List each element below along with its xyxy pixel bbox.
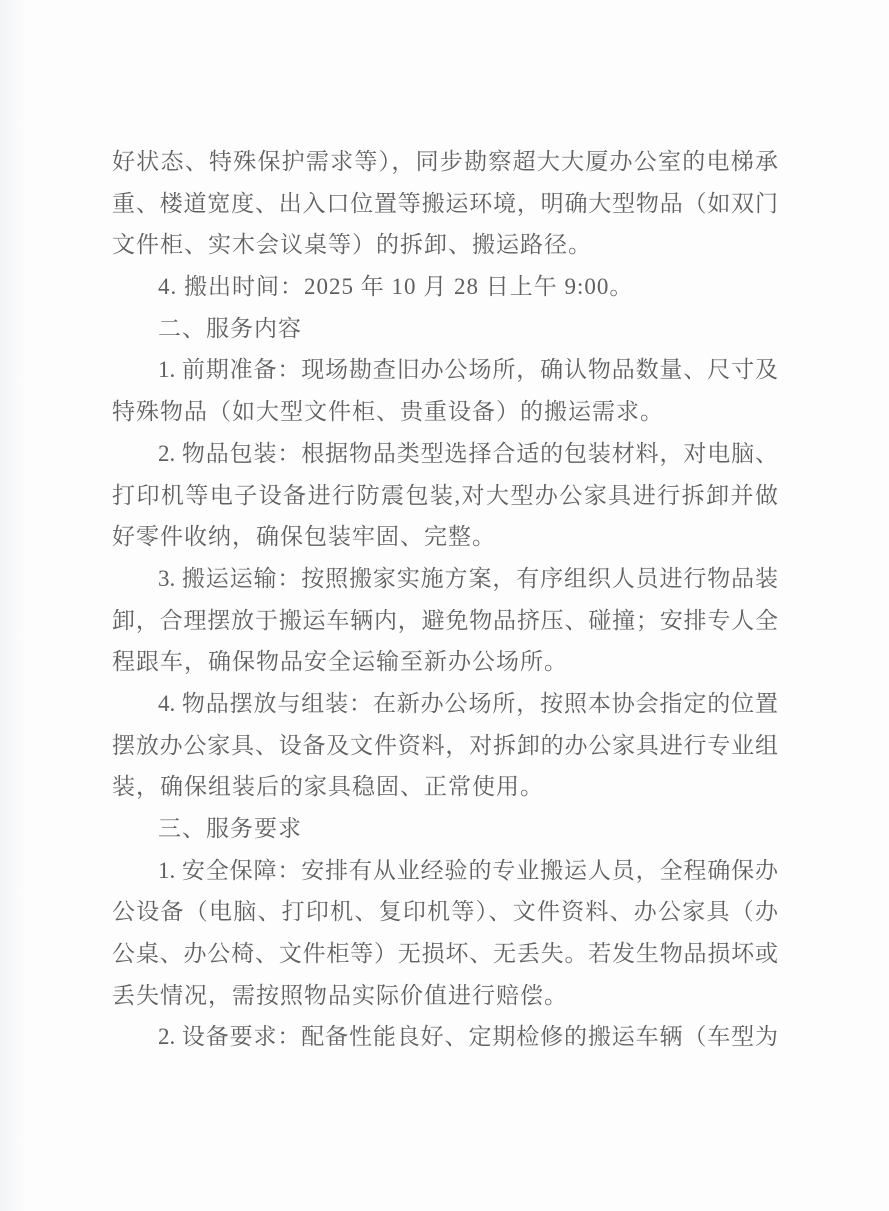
- text-line: 1. 前期准备：现场勘查旧办公场所，确认物品数量、尺寸及: [112, 349, 778, 391]
- document-body-text: 好状态、特殊保护需求等），同步勘察超大大厦办公室的电梯承重、楼道宽度、出入口位置…: [112, 141, 778, 1058]
- text-line: 公桌、办公椅、文件柜等）无损坏、无丢失。若发生物品损坏或: [112, 933, 778, 975]
- scan-edge-shadow: [0, 0, 26, 1211]
- text-line: 卸，合理摆放于搬运车辆内，避免物品挤压、碰撞；安排专人全: [112, 600, 778, 642]
- text-line: 装，确保组装后的家具稳固、正常使用。: [112, 766, 778, 808]
- text-line: 好零件收纳，确保包装牢固、完整。: [112, 516, 778, 558]
- document-page: 好状态、特殊保护需求等），同步勘察超大大厦办公室的电梯承重、楼道宽度、出入口位置…: [0, 0, 889, 1211]
- text-line: 摆放办公家具、设备及文件资料，对拆卸的办公家具进行专业组: [112, 725, 778, 767]
- text-line: 好状态、特殊保护需求等），同步勘察超大大厦办公室的电梯承: [112, 141, 778, 183]
- text-line: 4. 搬出时间：2025 年 10 月 28 日上午 9:00。: [112, 266, 778, 308]
- text-line: 三、服务要求: [112, 808, 778, 850]
- text-line: 特殊物品（如大型文件柜、贵重设备）的搬运需求。: [112, 391, 778, 433]
- text-line: 程跟车，确保物品安全运输至新办公场所。: [112, 641, 778, 683]
- text-line: 4. 物品摆放与组装：在新办公场所，按照本协会指定的位置: [112, 683, 778, 725]
- text-line: 2. 物品包装：根据物品类型选择合适的包装材料，对电脑、: [112, 433, 778, 475]
- text-line: 打印机等电子设备进行防震包装,对大型办公家具进行拆卸并做: [112, 475, 778, 517]
- text-line: 文件柜、实木会议桌等）的拆卸、搬运路径。: [112, 224, 778, 266]
- text-line: 2. 设备要求：配备性能良好、定期检修的搬运车辆（车型为: [112, 1016, 778, 1058]
- text-line: 重、楼道宽度、出入口位置等搬运环境，明确大型物品（如双门: [112, 183, 778, 225]
- text-line: 公设备（电脑、打印机、复印机等）、文件资料、办公家具（办: [112, 891, 778, 933]
- text-line: 3. 搬运运输：按照搬家实施方案，有序组织人员进行物品装: [112, 558, 778, 600]
- text-line: 1. 安全保障：安排有从业经验的专业搬运人员，全程确保办: [112, 850, 778, 892]
- text-line: 二、服务内容: [112, 308, 778, 350]
- text-line: 丢失情况，需按照物品实际价值进行赔偿。: [112, 975, 778, 1017]
